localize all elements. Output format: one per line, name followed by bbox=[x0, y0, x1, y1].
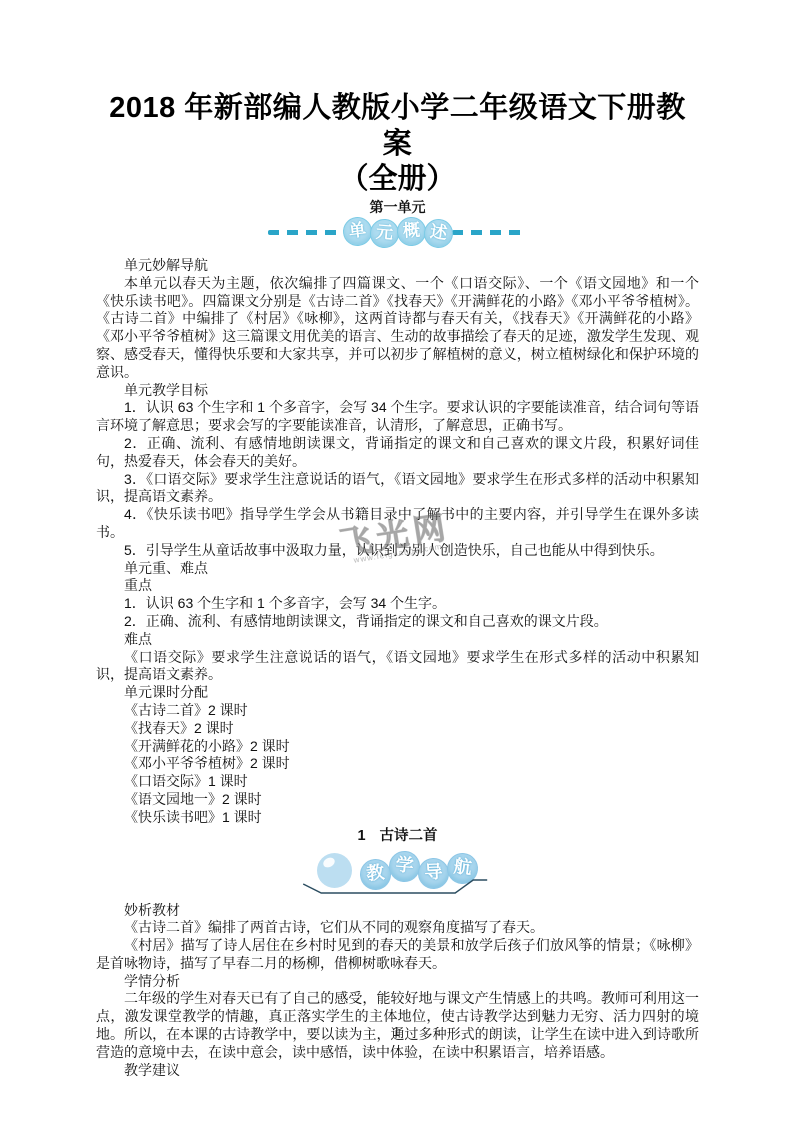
badge-char: 述 bbox=[422, 217, 454, 249]
badge-char: 单 bbox=[341, 215, 373, 247]
paragraph: 3．《口语交际》要求学生注意说话的语气，《语文园地》要求学生在形式多样的活动中积… bbox=[96, 471, 699, 507]
lesson-number: 1 bbox=[357, 828, 365, 844]
paragraph: 《古诗二首》编排了两首古诗，它们从不同的观察角度描写了春天。 bbox=[96, 919, 699, 937]
document-page: 飞光网 www.feiguangw.com 2018 年新部编人教版小学二年级语… bbox=[0, 0, 793, 1122]
list-line: 《快乐读书吧》1 课时 bbox=[96, 809, 699, 827]
badge-char: 概 bbox=[396, 216, 427, 247]
section-label: 难点 bbox=[96, 631, 699, 649]
paragraph: 1．认识 63 个生字和 1 个多音字，会写 34 个生字。 bbox=[96, 595, 699, 613]
section-label: 妙析教材 bbox=[96, 902, 699, 920]
section-label: 单元妙解导航 bbox=[96, 257, 699, 275]
dashed-line-right-icon bbox=[452, 230, 528, 235]
underline-decoration-icon bbox=[299, 875, 489, 899]
dashed-line-left-icon bbox=[268, 230, 344, 235]
teaching-nav-badge: 教 学 导 航 bbox=[96, 846, 699, 900]
section-label: 单元课时分配 bbox=[96, 684, 699, 702]
paragraph: 1．认识 63 个生字和 1 个多音字，会写 34 个生字。要求认识的字要能读准… bbox=[96, 399, 699, 435]
section-label: 单元重、难点 bbox=[96, 560, 699, 578]
paragraph: 本单元以春天为主题，依次编排了四篇课文、一个《口语交际》、一个《语文园地》和一个… bbox=[96, 275, 699, 382]
paragraph: 2．正确、流利、有感情地朗读课文，背诵指定的课文和自己喜欢的课文片段，积累好词佳… bbox=[96, 435, 699, 471]
section-label: 教学建议 bbox=[96, 1062, 699, 1080]
list-line: 《古诗二首》2 课时 bbox=[96, 702, 699, 720]
badge-char: 元 bbox=[368, 217, 399, 248]
section-label: 重点 bbox=[96, 577, 699, 595]
paragraph: 2．正确、流利、有感情地朗读课文，背诵指定的课文和自己喜欢的课文片段。 bbox=[96, 613, 699, 631]
list-line: 《口语交际》1 课时 bbox=[96, 773, 699, 791]
section-label: 学情分析 bbox=[96, 973, 699, 991]
paragraph: 5．引导学生从童话故事中汲取力量，认识到为别人创造快乐，自己也能从中得到快乐。 bbox=[96, 542, 699, 560]
page-number: 1 bbox=[0, 1024, 793, 1039]
unit-label: 第一单元 bbox=[96, 199, 699, 216]
lesson-title: 古诗二首 bbox=[380, 828, 438, 844]
paragraph: 4．《快乐读书吧》指导学生学会从书籍目录中了解书中的主要内容，并引导学生在课外多… bbox=[96, 506, 699, 542]
list-line: 《语文园地一》2 课时 bbox=[96, 791, 699, 809]
unit-overview-badge: 单 元 概 述 bbox=[96, 217, 699, 247]
paragraph: 《村居》描写了诗人居住在乡村时见到的春天的美景和放学后孩子们放风筝的情景；《咏柳… bbox=[96, 937, 699, 973]
list-line: 《开满鲜花的小路》2 课时 bbox=[96, 738, 699, 756]
document-title: 2018 年新部编人教版小学二年级语文下册教案 （全册） bbox=[96, 90, 699, 196]
title-line-2: （全册） bbox=[96, 162, 699, 196]
list-line: 《邓小平爷爷植树》2 课时 bbox=[96, 755, 699, 773]
lesson-section: 妙析教材《古诗二首》编排了两首古诗，它们从不同的观察角度描写了春天。《村居》描写… bbox=[96, 902, 699, 1080]
section-label: 单元教学目标 bbox=[96, 382, 699, 400]
paragraph: 《口语交际》要求学生注意说话的语气，《语文园地》要求学生在形式多样的活动中积累知… bbox=[96, 649, 699, 685]
lesson-heading: 1古诗二首 bbox=[96, 827, 699, 845]
page-body: 2018 年新部编人教版小学二年级语文下册教案 （全册） 第一单元 单 元 概 … bbox=[0, 0, 793, 1079]
list-line: 《找春天》2 课时 bbox=[96, 720, 699, 738]
unit-section: 单元妙解导航本单元以春天为主题，依次编排了四篇课文、一个《口语交际》、一个《语文… bbox=[96, 257, 699, 827]
title-line-1: 2018 年新部编人教版小学二年级语文下册教案 bbox=[96, 90, 699, 162]
